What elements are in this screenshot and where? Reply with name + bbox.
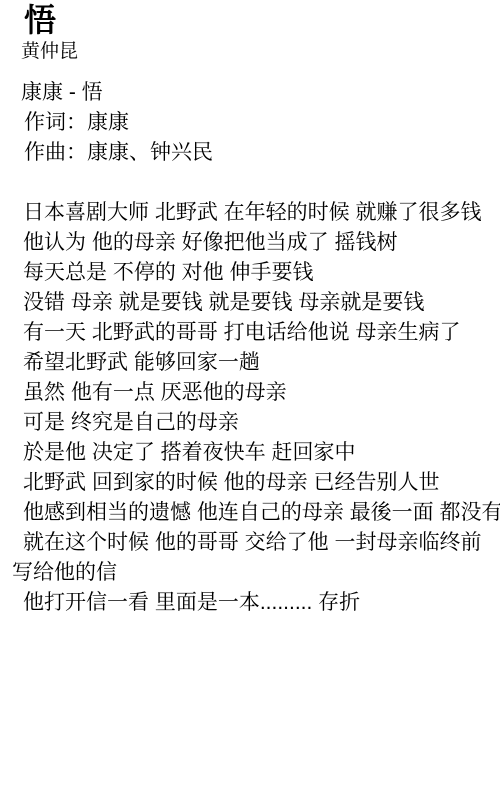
- lyric-line: 有一天 北野武的哥哥 打电话给他说 母亲生病了: [12, 318, 500, 348]
- credit-line-composer: 作曲：康康、钟兴民: [12, 138, 500, 168]
- lyric-line: 日本喜剧大师 北野武 在年轻的时候 就赚了很多钱: [12, 198, 500, 228]
- lyric-line: 他感到相当的遗憾 他连自己的母亲 最後一面 都没有见: [12, 498, 500, 528]
- lyric-line: 他打开信一看 里面是一本......... 存折: [12, 588, 500, 618]
- lyrics-section: 康康 - 悟 作词：康康 作曲：康康、钟兴民 日本喜剧大师 北野武 在年轻的时候…: [12, 78, 500, 618]
- lyric-line: 於是他 决定了 搭着夜快车 赶回家中: [12, 438, 500, 468]
- lyric-line: 希望北野武 能够回家一趟: [12, 348, 500, 378]
- artist-name: 黄仲昆: [21, 40, 500, 64]
- lyric-line: 他认为 他的母亲 好像把他当成了 摇钱树: [12, 228, 500, 258]
- lyrics-page: 悟 黄仲昆 康康 - 悟 作词：康康 作曲：康康、钟兴民 日本喜剧大师 北野武 …: [0, 0, 500, 790]
- blank-line: [12, 168, 500, 198]
- lyric-line: 没错 母亲 就是要钱 就是要钱 母亲就是要钱: [12, 288, 500, 318]
- credit-line-lyricist: 作词：康康: [12, 108, 500, 138]
- lyric-line: 虽然 他有一点 厌恶他的母亲: [12, 378, 500, 408]
- lyric-line: 可是 终究是自己的母亲: [12, 408, 500, 438]
- lyric-line: 北野武 回到家的时候 他的母亲 已经告别人世: [12, 468, 500, 498]
- lyric-line: 就在这个时候 他的哥哥 交给了他 一封母亲临终前: [12, 528, 500, 558]
- lyric-line: 每天总是 不停的 对他 伸手要钱: [12, 258, 500, 288]
- page-title: 悟: [24, 0, 500, 40]
- lyric-line-wrap-continuation: 写给他的信: [12, 558, 500, 588]
- song-title-line: 康康 - 悟: [12, 78, 500, 108]
